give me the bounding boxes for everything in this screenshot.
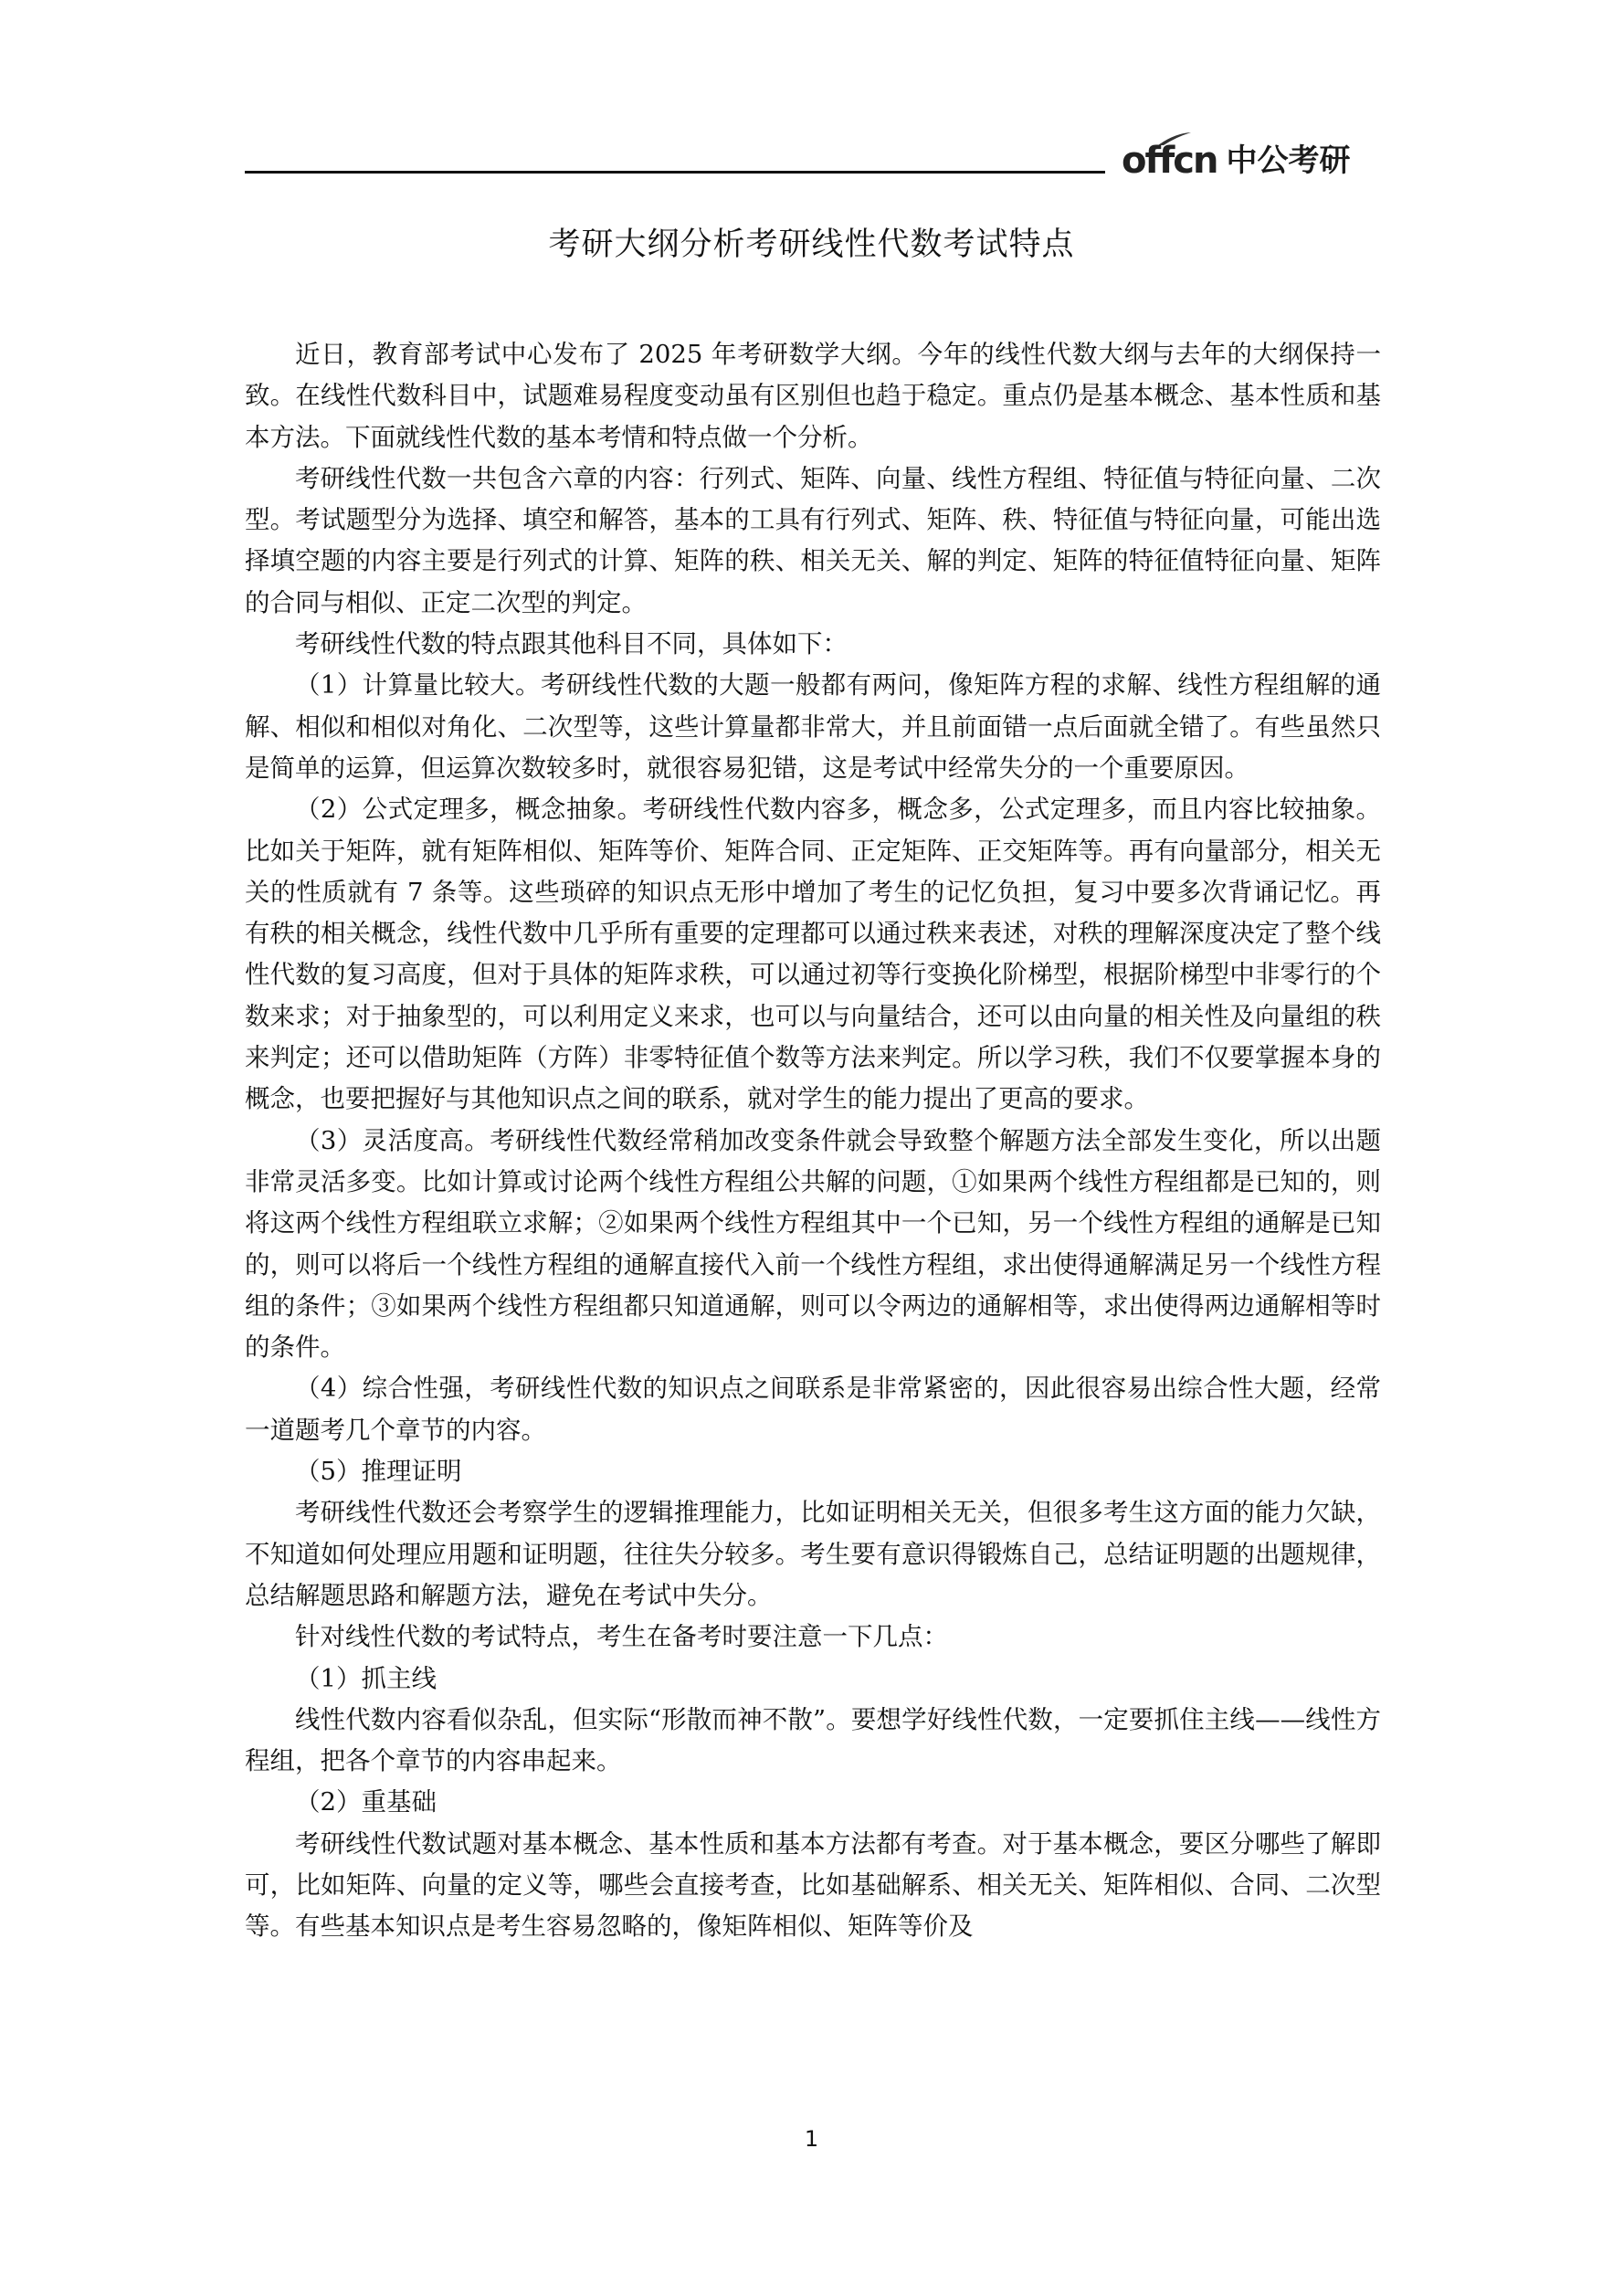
heading-tip-1: （1）抓主线 [245,1659,1381,1700]
paragraph-feature-1: （1）计算量比较大。考研线性代数的大题一般都有两问，像矩阵方程的求解、线性方程组… [245,665,1381,789]
offcn-logo: offcn 中公考研 [1122,135,1350,181]
paragraph-tips-intro: 针对线性代数的考试特点，考生在备考时要注意一下几点： [245,1617,1381,1658]
paragraph-chapters: 考研线性代数一共包含六章的内容：行列式、矩阵、向量、线性方程组、特征值与特征向量… [245,458,1381,624]
paragraph-feature-4: （4）综合性强，考研线性代数的知识点之间联系是非常紧密的，因此很容易出综合性大题… [245,1368,1381,1451]
paragraph-features-intro: 考研线性代数的特点跟其他科目不同，具体如下： [245,624,1381,665]
document-body: 近日，教育部考试中心发布了 2025 年考研数学大纲。今年的线性代数大纲与去年的… [245,334,1381,1948]
logo-text: 中公考研 [1226,141,1350,181]
page-number: 1 [0,2126,1623,2152]
heading-tip-2: （2）重基础 [245,1782,1381,1823]
heading-feature-5: （5）推理证明 [245,1451,1381,1492]
logo-mark: offcn [1122,141,1217,181]
paragraph-feature-2: （2）公式定理多，概念抽象。考研线性代数内容多，概念多，公式定理多，而且内容比较… [245,789,1381,1120]
paragraph-feature-3: （3）灵活度高。考研线性代数经常稍加改变条件就会导致整个解题方法全部发生变化，所… [245,1121,1381,1369]
paragraph-tip-2: 考研线性代数试题对基本概念、基本性质和基本方法都有考查。对于基本概念，要区分哪些… [245,1824,1381,1948]
paragraph-intro: 近日，教育部考试中心发布了 2025 年考研数学大纲。今年的线性代数大纲与去年的… [245,334,1381,458]
page-header: offcn 中公考研 [245,128,1368,183]
paragraph-tip-1: 线性代数内容看似杂乱，但实际“形散而神不散”。要想学好线性代数，一定要抓住主线—… [245,1700,1381,1783]
document-title: 考研大纲分析考研线性代数考试特点 [0,219,1623,265]
paragraph-feature-5: 考研线性代数还会考察学生的逻辑推理能力，比如证明相关无关，但很多考生这方面的能力… [245,1492,1381,1617]
logo-swoosh-icon [1156,132,1193,146]
header-rule [245,171,1105,174]
